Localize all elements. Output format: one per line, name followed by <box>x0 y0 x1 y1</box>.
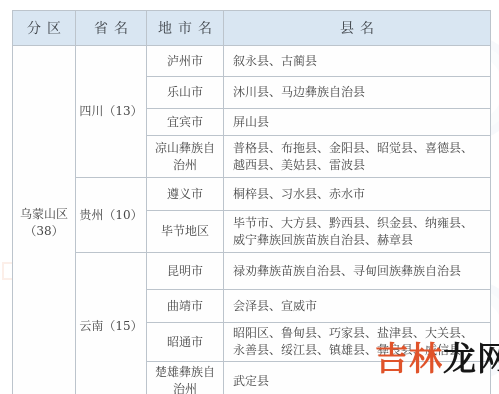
counties-cell: 会泽县、宣威市 <box>224 290 491 323</box>
counties-cell: 屏山县 <box>224 109 491 136</box>
city-cell: 昆明市 <box>147 253 224 290</box>
page: 分区 省名 地市名 县名 乌蒙山区 （38） 四川（13） 泸州市 叙永县、古蔺… <box>0 0 499 394</box>
region-cell: 乌蒙山区 （38） <box>13 46 76 394</box>
counties-cell: 毕节市、大方县、黔西县、织金县、纳雍县、威宁彝族回族苗族自治县、赫章县 <box>224 211 491 253</box>
col-header-city: 地市名 <box>147 11 224 46</box>
col-header-county: 县名 <box>224 11 491 46</box>
site-watermark: 吉林龙网 <box>375 333 499 380</box>
city-cell: 曲靖市 <box>147 290 224 323</box>
region-name: 乌蒙山区 <box>15 206 73 223</box>
city-cell: 泸州市 <box>147 46 224 77</box>
counties-cell: 桐梓县、习水县、赤水市 <box>224 178 491 211</box>
table-row: 云南（15） 昆明市 禄劝彝族苗族自治县、寻甸回族彝族自治县 <box>13 253 491 290</box>
city-cell: 楚雄彝族自治州 <box>147 362 224 394</box>
city-cell: 凉山彝族自治州 <box>147 136 224 178</box>
city-cell: 毕节地区 <box>147 211 224 253</box>
region-count: （38） <box>15 223 73 240</box>
counties-cell: 沐川县、马边彝族自治县 <box>224 77 491 109</box>
header-row: 分区 省名 地市名 县名 <box>13 11 491 46</box>
province-cell-guizhou: 贵州（10） <box>76 178 147 253</box>
city-cell: 昭通市 <box>147 323 224 362</box>
watermark-text-jilin: 吉林 <box>375 339 443 378</box>
table-row: 乌蒙山区 （38） 四川（13） 泸州市 叙永县、古蔺县 <box>13 46 491 77</box>
col-header-division: 分区 <box>13 11 76 46</box>
province-cell-yunnan: 云南（15） <box>76 253 147 394</box>
table-row: 贵州（10） 遵义市 桐梓县、习水县、赤水市 <box>13 178 491 211</box>
watermark-text-longwang: 龙网 <box>443 339 499 378</box>
city-cell: 宜宾市 <box>147 109 224 136</box>
counties-cell: 禄劝彝族苗族自治县、寻甸回族彝族自治县 <box>224 253 491 290</box>
city-cell: 乐山市 <box>147 77 224 109</box>
city-cell: 遵义市 <box>147 178 224 211</box>
counties-cell: 普格县、布拖县、金阳县、昭觉县、喜德县、越西县、美姑县、雷波县 <box>224 136 491 178</box>
province-cell-sichuan: 四川（13） <box>76 46 147 178</box>
col-header-province: 省名 <box>76 11 147 46</box>
counties-cell: 叙永县、古蔺县 <box>224 46 491 77</box>
